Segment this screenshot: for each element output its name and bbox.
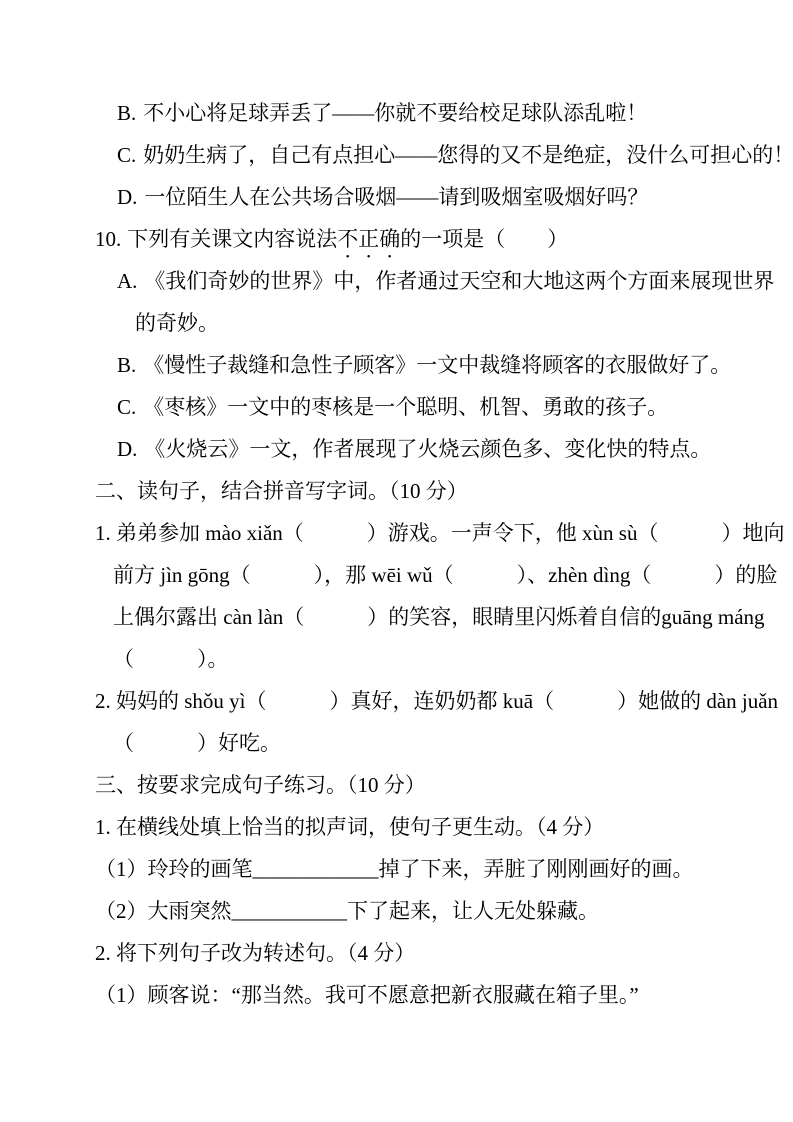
- exam-paper-page: B.不小心将足球弄丢了——你就不要给校足球队添乱啦！ C.奶奶生病了，自己有点担…: [0, 0, 793, 1122]
- q9-option-b: B.不小心将足球弄丢了——你就不要给校足球队添乱啦！: [0, 92, 793, 134]
- q10-option-b-text: 《慢性子裁缝和急性子顾客》一文中裁缝将顾客的衣服做好了。: [143, 353, 731, 377]
- section2-item1-line3: 上偶尔露出 càn làn（ ）的笑容，眼睛里闪烁着自信的guāng máng: [0, 596, 793, 638]
- section2-item1-line1: 1. 弟弟参加 mào xiǎn（ ）游戏。一声令下，他 xùn sù（ ）地向: [0, 512, 793, 554]
- q10-stem-post: 的一项是（ ）: [400, 227, 568, 251]
- q9-option-b-text: 不小心将足球弄丢了——你就不要给校足球队添乱啦！: [143, 101, 647, 125]
- section3-item2-sub1: （1）顾客说：“那当然。我可不愿意把新衣服藏在箱子里。”: [0, 974, 793, 1016]
- section2-item1-line3-text: 上偶尔露出 càn làn（ ）的笑容，眼睛里闪烁着自信的guāng máng: [113, 605, 765, 629]
- section2-item1-line2-text: 前方 jìn gōng（ ），那 wēi wǔ（ ）、zhèn dìng（ ）的…: [113, 563, 777, 587]
- section2-item2-line2-text: （ ）好吃。: [113, 731, 281, 755]
- q9-option-b-label: B.: [117, 101, 136, 125]
- q9-option-d: D.一位陌生人在公共场合吸烟——请到吸烟室吸烟好吗？: [0, 176, 793, 218]
- q10-option-d: D.《火烧云》一文，作者展现了火烧云颜色多、变化快的特点。: [0, 428, 793, 470]
- q10-option-b-label: B.: [117, 353, 136, 377]
- section3-item2-sub1-text: （1）顾客说：“那当然。我可不愿意把新衣服藏在箱子里。”: [95, 983, 639, 1007]
- section2-item1-line4: （ ）。: [0, 638, 793, 680]
- section2-item1-line4-text: （ ）。: [113, 647, 229, 671]
- section3-heading-text: 三、按要求完成句子练习。（10 分）: [95, 773, 426, 797]
- q9-option-d-label: D.: [117, 185, 137, 209]
- section2-item2-line1: 2. 妈妈的 shǒu yì（ ）真好，连奶奶都 kuā（ ）她做的 dàn j…: [0, 680, 793, 722]
- q9-option-c: C.奶奶生病了，自己有点担心——您得的又不是绝症，没什么可担心的！: [0, 134, 793, 176]
- q10-option-d-text: 《火烧云》一文，作者展现了火烧云颜色多、变化快的特点。: [144, 437, 711, 461]
- section3-item2-stem: 2. 将下列句子改为转述句。（4 分）: [0, 932, 793, 974]
- section3-item2-stem-text: 2. 将下列句子改为转述句。（4 分）: [95, 941, 415, 965]
- section2-item1-line2: 前方 jìn gōng（ ），那 wēi wǔ（ ）、zhèn dìng（ ）的…: [0, 554, 793, 596]
- q10-number: 10.: [95, 227, 121, 251]
- q10-stem-pre: 下列有关课文内容说法: [127, 227, 337, 251]
- q10-stem: 10.下列有关课文内容说法不正确的一项是（ ）: [0, 218, 793, 260]
- section3-item1-stem-text: 1. 在横线处填上恰当的拟声词，使句子更生动。（4 分）: [95, 815, 604, 839]
- q10-option-b: B.《慢性子裁缝和急性子顾客》一文中裁缝将顾客的衣服做好了。: [0, 344, 793, 386]
- section2-item2-line1-text: 2. 妈妈的 shǒu yì（ ）真好，连奶奶都 kuā（ ）她做的 dàn j…: [95, 689, 778, 713]
- section2-heading-text: 二、读句子，结合拼音写字词。（10 分）: [95, 479, 468, 503]
- q10-option-a-text-cont: 的奇妙。: [135, 311, 219, 335]
- section3-item1-sub2: （2）大雨突然___________下了起来，让人无处躲藏。: [0, 890, 793, 932]
- q10-option-c-text: 《枣核》一文中的枣核是一个聪明、机智、勇敢的孩子。: [143, 395, 668, 419]
- section3-item1-sub1: （1）玲玲的画笔____________掉了下来，弄脏了刚刚画好的画。: [0, 848, 793, 890]
- section3-item1-sub1-text: （1）玲玲的画笔____________掉了下来，弄脏了刚刚画好的画。: [95, 857, 694, 881]
- q10-option-a-text: 《我们奇妙的世界》中，作者通过天空和大地这两个方面来展现世界: [144, 269, 774, 293]
- section2-item1-line1-text: 1. 弟弟参加 mào xiǎn（ ）游戏。一声令下，他 xùn sù（ ）地向: [95, 521, 784, 545]
- q10-stem-emphasis: 不正确: [337, 227, 400, 251]
- q10-option-c-label: C.: [117, 395, 136, 419]
- section3-item1-sub2-text: （2）大雨突然___________下了起来，让人无处躲藏。: [95, 899, 599, 923]
- q10-option-d-label: D.: [117, 437, 137, 461]
- q10-option-c: C.《枣核》一文中的枣核是一个聪明、机智、勇敢的孩子。: [0, 386, 793, 428]
- q10-option-a-line2: 的奇妙。: [0, 302, 793, 344]
- section2-heading: 二、读句子，结合拼音写字词。（10 分）: [0, 470, 793, 512]
- q9-option-c-label: C.: [117, 143, 136, 167]
- q10-option-a-label: A.: [117, 269, 137, 293]
- q10-option-a-line1: A.《我们奇妙的世界》中，作者通过天空和大地这两个方面来展现世界: [0, 260, 793, 302]
- q9-option-c-text: 奶奶生病了，自己有点担心——您得的又不是绝症，没什么可担心的！: [143, 143, 793, 167]
- section3-item1-stem: 1. 在横线处填上恰当的拟声词，使句子更生动。（4 分）: [0, 806, 793, 848]
- q9-option-d-text: 一位陌生人在公共场合吸烟——请到吸烟室吸烟好吗？: [144, 185, 648, 209]
- section3-heading: 三、按要求完成句子练习。（10 分）: [0, 764, 793, 806]
- section2-item2-line2: （ ）好吃。: [0, 722, 793, 764]
- exam-body: B.不小心将足球弄丢了——你就不要给校足球队添乱啦！ C.奶奶生病了，自己有点担…: [0, 92, 793, 1016]
